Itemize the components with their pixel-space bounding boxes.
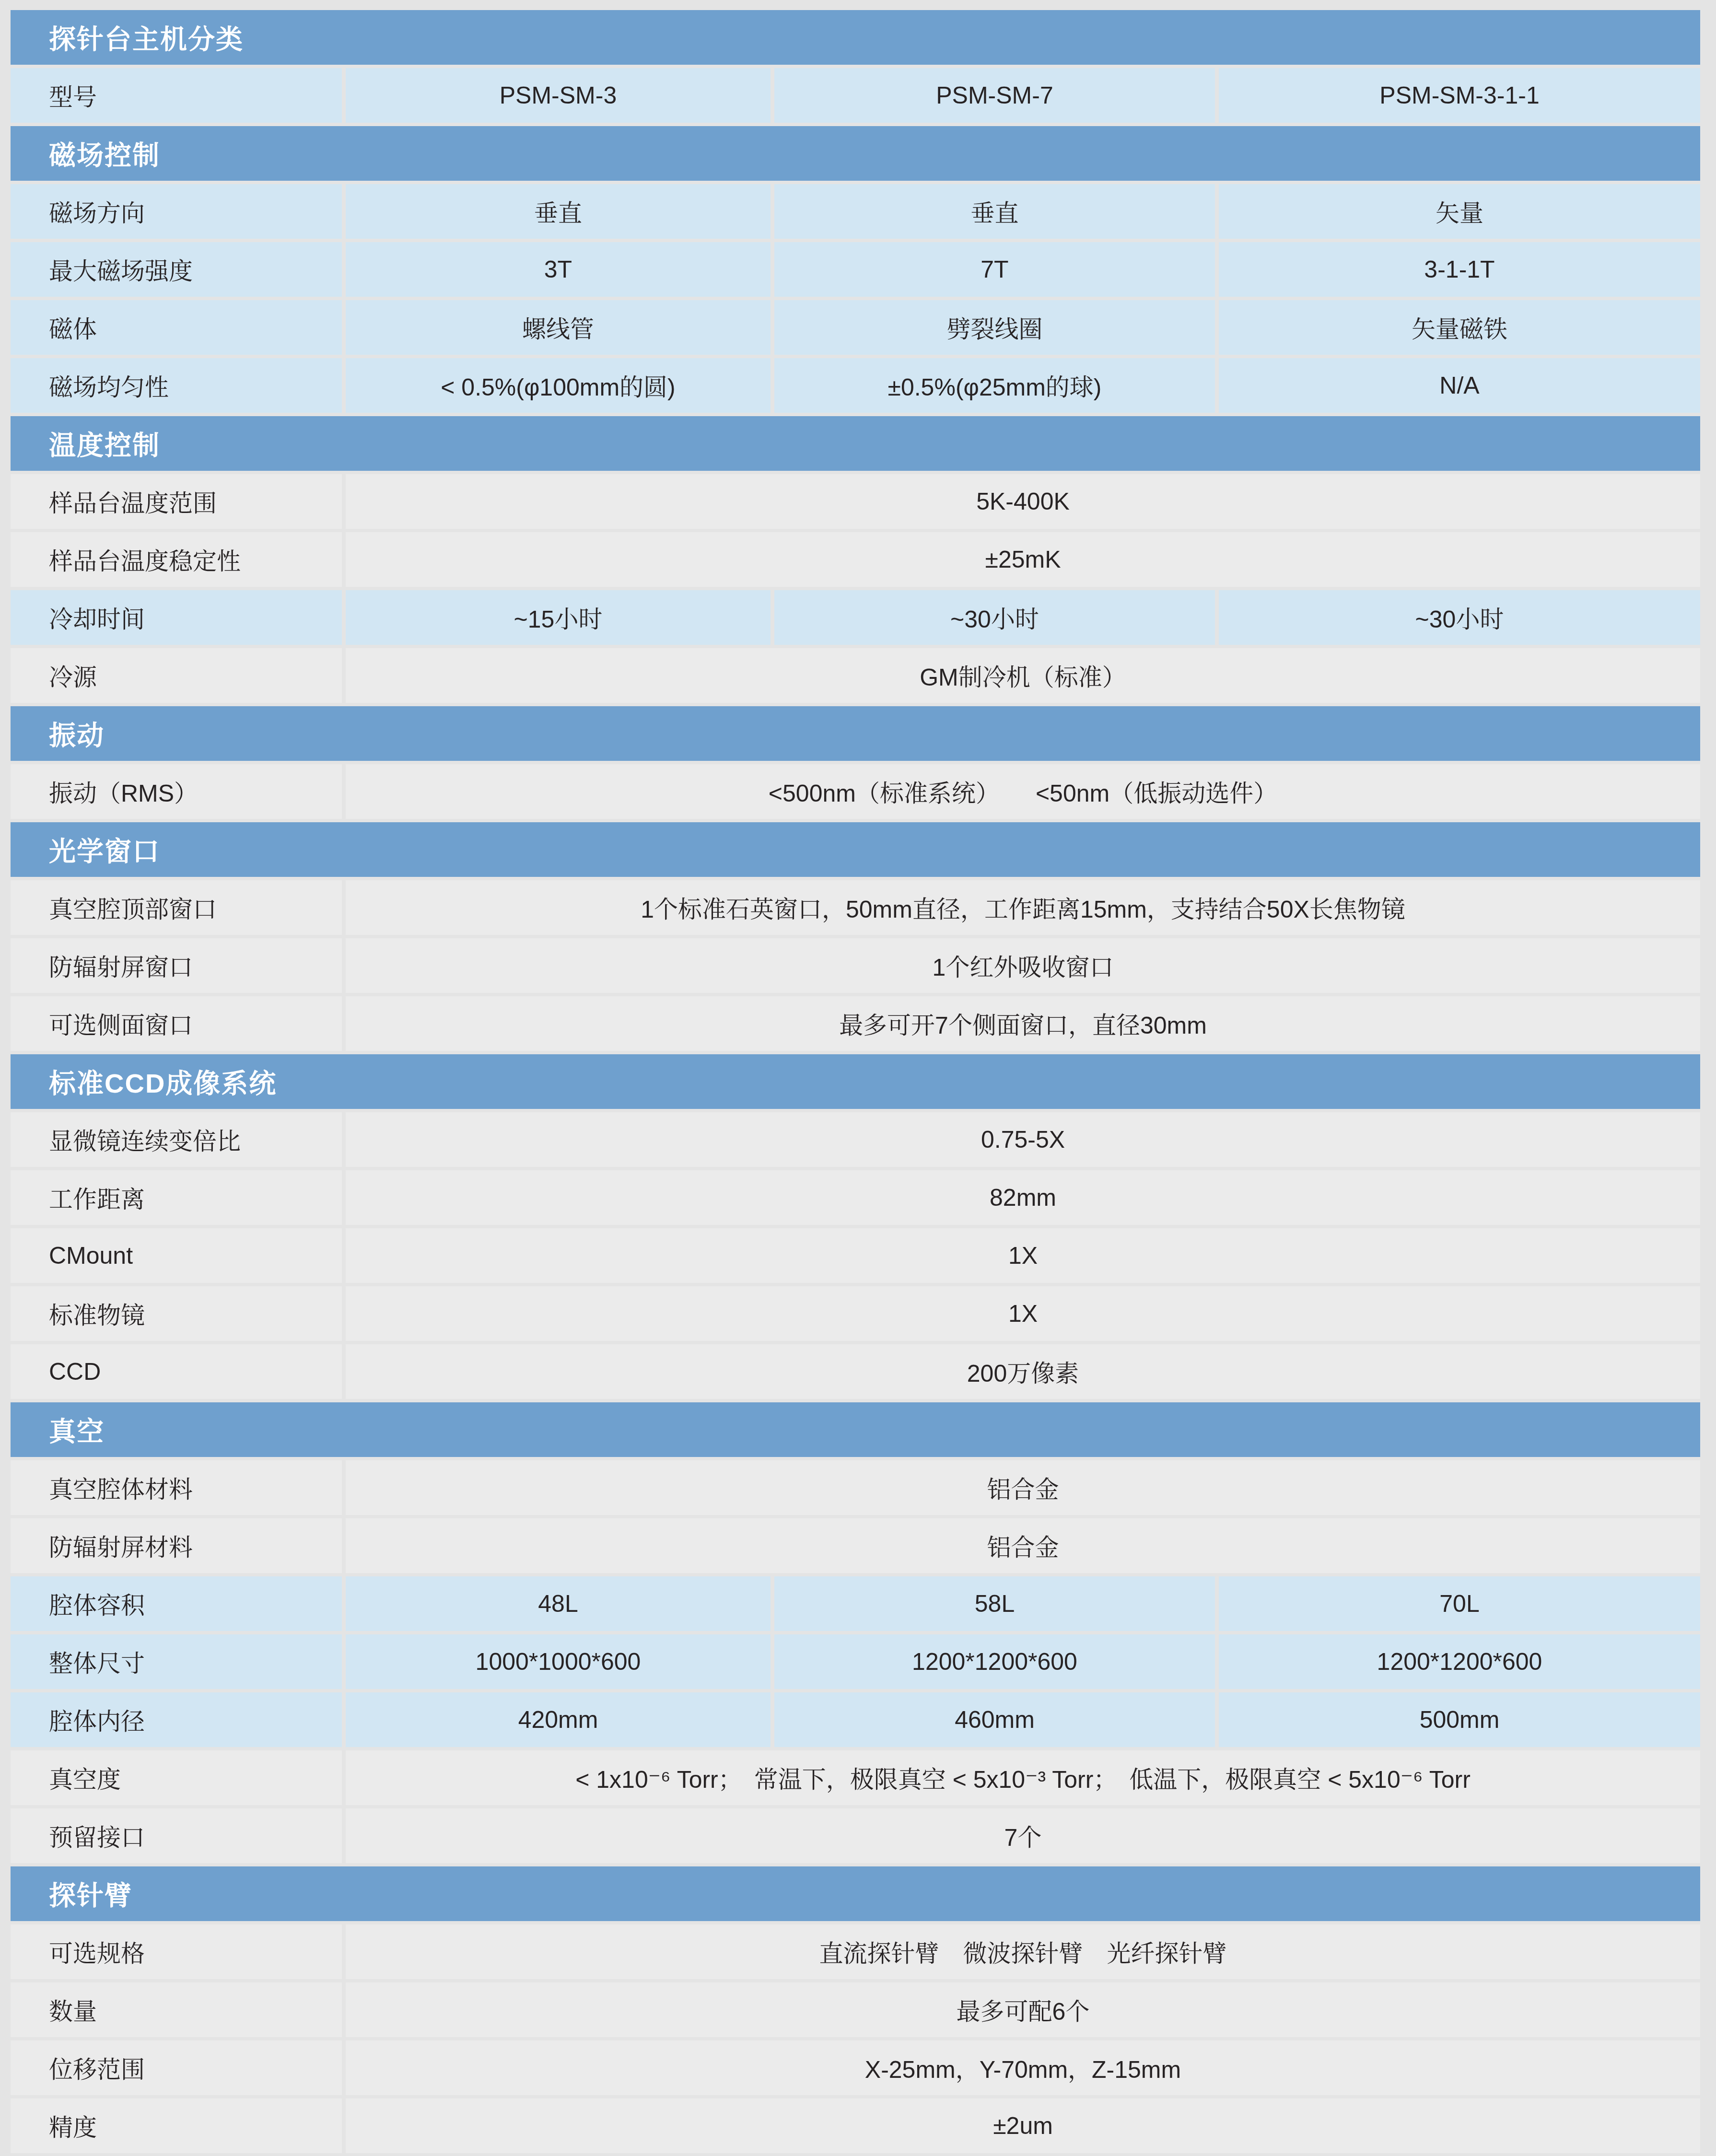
row-value: ±25mK bbox=[346, 532, 1700, 587]
row-value: 1X bbox=[346, 1228, 1700, 1283]
row-label: 腔体容积 bbox=[11, 1576, 342, 1631]
row-value: 200万像素 bbox=[346, 1344, 1700, 1399]
row-label: 振动（RMS） bbox=[11, 764, 342, 819]
row-value: <500nm（标准系统） <50nm（低振动选件） bbox=[346, 764, 1700, 819]
row-label: 整体尺寸 bbox=[11, 1634, 342, 1689]
row-value: GM制冷机（标准） bbox=[346, 648, 1700, 703]
row-label: 磁场均匀性 bbox=[11, 358, 342, 413]
row-label: 可选侧面窗口 bbox=[11, 996, 342, 1051]
row-label: 腔体内径 bbox=[11, 1692, 342, 1747]
row-value: 7T bbox=[774, 242, 1215, 297]
spec-row: 可选规格直流探针臂 微波探针臂 光纤探针臂 bbox=[11, 1924, 1700, 1979]
row-label: 真空度 bbox=[11, 1750, 342, 1805]
row-value: PSM-SM-3-1-1 bbox=[1219, 68, 1700, 123]
row-value: 1个标准石英窗口，50mm直径，工作距离15mm，支持结合50X长焦物镜 bbox=[346, 880, 1700, 935]
row-label: 型号 bbox=[11, 68, 342, 123]
spec-row: 样品台温度范围5K-400K bbox=[11, 474, 1700, 529]
row-label: 样品台温度稳定性 bbox=[11, 532, 342, 587]
row-label: 精度 bbox=[11, 2098, 342, 2153]
spec-row: 数量最多可配6个 bbox=[11, 1982, 1700, 2037]
row-value: ±2um bbox=[346, 2098, 1700, 2153]
row-value: 58L bbox=[774, 1576, 1215, 1631]
section-header: 探针台主机分类 bbox=[11, 10, 1700, 65]
row-value: 螺线管 bbox=[346, 300, 770, 355]
row-label: 位移范围 bbox=[11, 2040, 342, 2095]
spec-row: 显微镜连续变倍比0.75-5X bbox=[11, 1112, 1700, 1167]
row-value: < 1x10⁻⁶ Torr； 常温下，极限真空 < 5x10⁻³ Torr； 低… bbox=[346, 1750, 1700, 1805]
spec-row: 冷源GM制冷机（标准） bbox=[11, 648, 1700, 703]
section-header: 振动 bbox=[11, 706, 1700, 761]
row-value: 铝合金 bbox=[346, 1518, 1700, 1573]
spec-row: 标准物镜1X bbox=[11, 1286, 1700, 1341]
spec-row: 振动（RMS）<500nm（标准系统） <50nm（低振动选件） bbox=[11, 764, 1700, 819]
row-label: 样品台温度范围 bbox=[11, 474, 342, 529]
row-label: CCD bbox=[11, 1344, 342, 1399]
spec-row: 磁体螺线管劈裂线圈矢量磁铁 bbox=[11, 300, 1700, 355]
spec-row: 位移范围X-25mm，Y-70mm，Z-15mm bbox=[11, 2040, 1700, 2095]
row-value: 1X bbox=[346, 1286, 1700, 1341]
row-label: 最大磁场强度 bbox=[11, 242, 342, 297]
row-value: 矢量 bbox=[1219, 184, 1700, 239]
spec-row: 防辐射屏窗口1个红外吸收窗口 bbox=[11, 938, 1700, 993]
spec-row: 预留接口7个 bbox=[11, 1808, 1700, 1863]
row-value: X-25mm，Y-70mm，Z-15mm bbox=[346, 2040, 1700, 2095]
row-value: 最多可配6个 bbox=[346, 1982, 1700, 2037]
spec-row: CMount1X bbox=[11, 1228, 1700, 1283]
row-label: 防辐射屏窗口 bbox=[11, 938, 342, 993]
spec-row: 整体尺寸1000*1000*6001200*1200*6001200*1200*… bbox=[11, 1634, 1700, 1689]
row-label: 磁体 bbox=[11, 300, 342, 355]
row-value: ±0.5%(φ25mm的球) bbox=[774, 358, 1215, 413]
spec-row: 真空度< 1x10⁻⁶ Torr； 常温下，极限真空 < 5x10⁻³ Torr… bbox=[11, 1750, 1700, 1805]
spec-row: 最大磁场强度3T7T3-1-1T bbox=[11, 242, 1700, 297]
section-header: 真空 bbox=[11, 1402, 1700, 1457]
row-label: 数量 bbox=[11, 1982, 342, 2037]
spec-row: 真空腔顶部窗口1个标准石英窗口，50mm直径，工作距离15mm，支持结合50X长… bbox=[11, 880, 1700, 935]
spec-row: 样品台温度稳定性±25mK bbox=[11, 532, 1700, 587]
row-value: 5K-400K bbox=[346, 474, 1700, 529]
row-value: 垂直 bbox=[346, 184, 770, 239]
row-label: CMount bbox=[11, 1228, 342, 1283]
row-value: 垂直 bbox=[774, 184, 1215, 239]
row-value: 1000*1000*600 bbox=[346, 1634, 770, 1689]
section-header: 光学窗口 bbox=[11, 822, 1700, 877]
spec-row: 磁场方向垂直垂直矢量 bbox=[11, 184, 1700, 239]
spec-row: 真空腔体材料铝合金 bbox=[11, 1460, 1700, 1515]
row-value: PSM-SM-7 bbox=[774, 68, 1215, 123]
row-label: 磁场方向 bbox=[11, 184, 342, 239]
row-value: 3-1-1T bbox=[1219, 242, 1700, 297]
row-value: < 0.5%(φ100mm的圆) bbox=[346, 358, 770, 413]
spec-row: 防辐射屏材料铝合金 bbox=[11, 1518, 1700, 1573]
row-value: 82mm bbox=[346, 1170, 1700, 1225]
row-value: 460mm bbox=[774, 1692, 1215, 1747]
row-value: 1200*1200*600 bbox=[1219, 1634, 1700, 1689]
spec-row: 可选侧面窗口最多可开7个侧面窗口，直径30mm bbox=[11, 996, 1700, 1051]
row-label: 可选规格 bbox=[11, 1924, 342, 1979]
row-label: 冷却时间 bbox=[11, 590, 342, 645]
row-value: 420mm bbox=[346, 1692, 770, 1747]
spec-row: 磁场均匀性< 0.5%(φ100mm的圆)±0.5%(φ25mm的球)N/A bbox=[11, 358, 1700, 413]
row-value: ~15小时 bbox=[346, 590, 770, 645]
row-label: 真空腔顶部窗口 bbox=[11, 880, 342, 935]
row-value: N/A bbox=[1219, 358, 1700, 413]
row-label: 防辐射屏材料 bbox=[11, 1518, 342, 1573]
spec-row: 腔体内径420mm460mm500mm bbox=[11, 1692, 1700, 1747]
row-value: 劈裂线圈 bbox=[774, 300, 1215, 355]
row-value: 3T bbox=[346, 242, 770, 297]
spec-row: 腔体容积48L58L70L bbox=[11, 1576, 1700, 1631]
row-value: ~30小时 bbox=[774, 590, 1215, 645]
row-value: 500mm bbox=[1219, 1692, 1700, 1747]
row-label: 预留接口 bbox=[11, 1808, 342, 1863]
row-value: PSM-SM-3 bbox=[346, 68, 770, 123]
row-value: 48L bbox=[346, 1576, 770, 1631]
row-label: 工作距离 bbox=[11, 1170, 342, 1225]
row-value: 1个红外吸收窗口 bbox=[346, 938, 1700, 993]
section-header: 探针臂 bbox=[11, 1866, 1700, 1921]
row-value: ~30小时 bbox=[1219, 590, 1700, 645]
row-label: 真空腔体材料 bbox=[11, 1460, 342, 1515]
row-label: 冷源 bbox=[11, 648, 342, 703]
section-header: 标准CCD成像系统 bbox=[11, 1054, 1700, 1109]
row-label: 标准物镜 bbox=[11, 1286, 342, 1341]
spec-table: 探针台主机分类型号PSM-SM-3PSM-SM-7PSM-SM-3-1-1磁场控… bbox=[11, 10, 1700, 2156]
spec-row: 冷却时间~15小时~30小时~30小时 bbox=[11, 590, 1700, 645]
row-value: 最多可开7个侧面窗口，直径30mm bbox=[346, 996, 1700, 1051]
row-value: 0.75-5X bbox=[346, 1112, 1700, 1167]
row-value: 1200*1200*600 bbox=[774, 1634, 1215, 1689]
spec-row: 型号PSM-SM-3PSM-SM-7PSM-SM-3-1-1 bbox=[11, 68, 1700, 123]
row-value: 直流探针臂 微波探针臂 光纤探针臂 bbox=[346, 1924, 1700, 1979]
spec-row: 精度±2um bbox=[11, 2098, 1700, 2153]
spec-row: 工作距离82mm bbox=[11, 1170, 1700, 1225]
row-value: 7个 bbox=[346, 1808, 1700, 1863]
row-value: 70L bbox=[1219, 1576, 1700, 1631]
spec-row: CCD200万像素 bbox=[11, 1344, 1700, 1399]
section-header: 磁场控制 bbox=[11, 126, 1700, 181]
section-header: 温度控制 bbox=[11, 416, 1700, 471]
row-value: 铝合金 bbox=[346, 1460, 1700, 1515]
row-value: 矢量磁铁 bbox=[1219, 300, 1700, 355]
row-label: 显微镜连续变倍比 bbox=[11, 1112, 342, 1167]
